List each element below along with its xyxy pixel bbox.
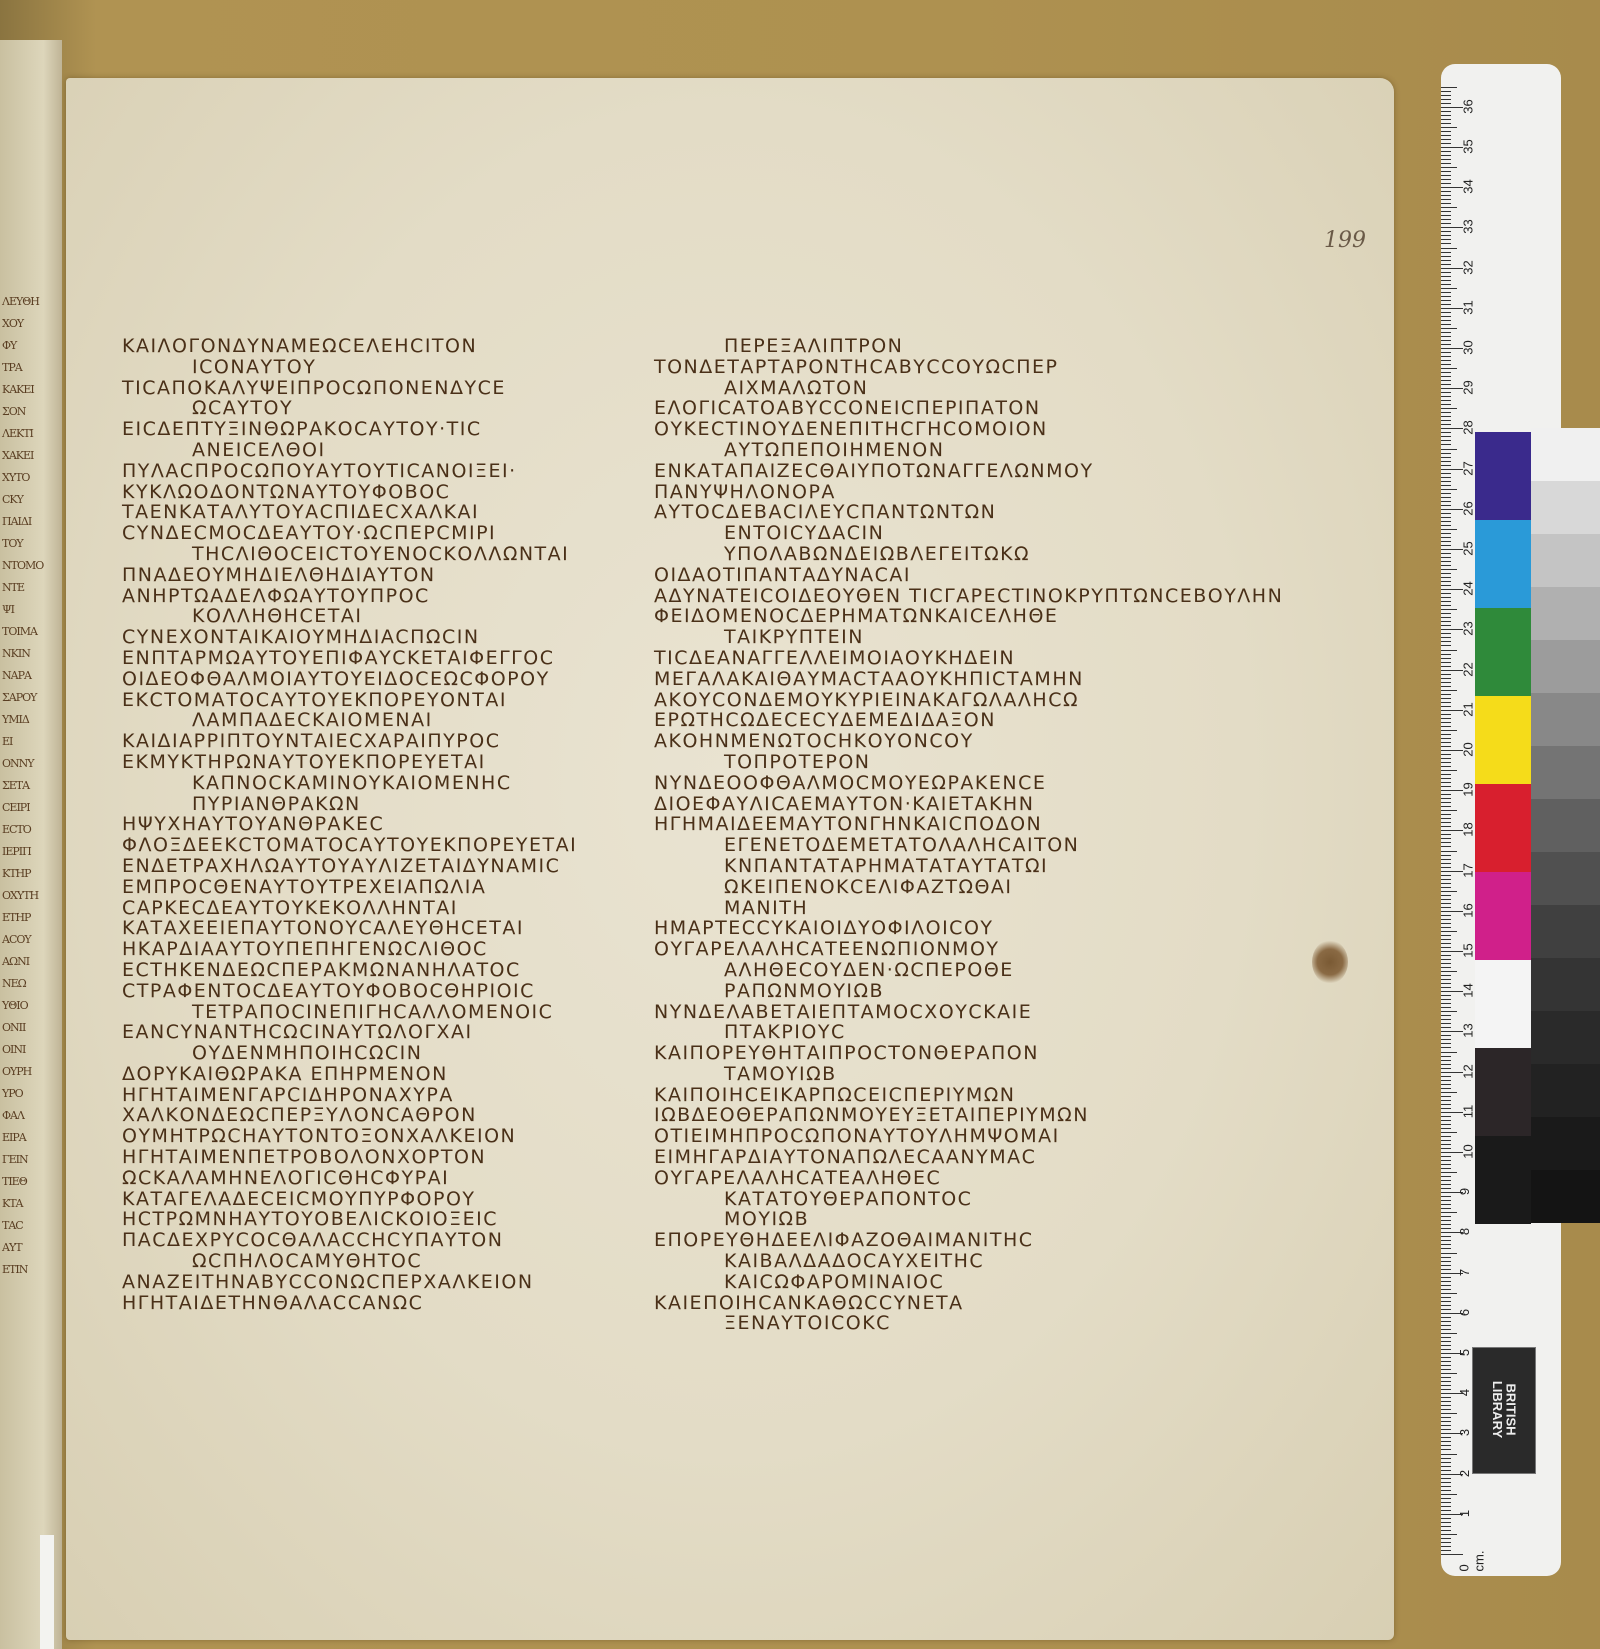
ruler-tick	[1441, 750, 1463, 751]
text-line: ΚΑΠΝΟϹΚΑΜΙΝΟΥΚΑΙΟΜΕΝΗϹ	[122, 773, 577, 794]
text-line: ΚΑΙΔΙΑΡΡΙΠΤΟΥΝΤΑΙΕϹΧΑΡΑΙΠΥΡΟϹ	[122, 731, 577, 752]
ruler-label: 14	[1461, 983, 1476, 997]
ruler-tick	[1441, 726, 1451, 727]
ruler-tick	[1441, 1224, 1451, 1225]
text-line: ΕΝΠΤΑΡΜΩΑΥΤΟΥΕΠΙΦΑΥϹΚΕΤΑΙΦΕΓΓΟϹ	[122, 648, 577, 669]
facing-page-text: ΕΤΗΡ	[2, 911, 30, 924]
ruler-tick	[1441, 1064, 1451, 1065]
text-line: ΩϹΑΥΤΟΥ	[122, 398, 577, 419]
text-line: ΔΟΡΥΚΑΙΘΩΡΑΚΑ ΕΠΗΡΜΕΝΟΝ	[122, 1064, 577, 1085]
ruler-tick	[1441, 650, 1457, 651]
ruler-tick	[1441, 1204, 1451, 1205]
ruler-tick	[1441, 609, 1457, 610]
ruler-label: 17	[1461, 863, 1476, 877]
ruler-tick	[1441, 1148, 1451, 1149]
text-line: ΕΑΝϹΥΝΑΝΤΗϹΩϹΙΝΑΥΤΩΛΟΓΧΑΙ	[122, 1022, 577, 1043]
text-line: ΗΓΗΜΑΙΔΕΕΜΑΥΤΟΝΓΗΝΚΑΙϹΠΟΔΟΝ	[654, 814, 1283, 835]
ruler-tick	[1441, 794, 1451, 795]
ruler-tick	[1441, 1305, 1451, 1306]
ruler-tick	[1441, 770, 1457, 771]
text-line: ΕΓΕΝΕΤΟΔΕΜΕΤΑΤΟΛΑΛΗϹΑΙΤΟΝ	[654, 835, 1283, 856]
ruler-label: 24	[1461, 581, 1476, 595]
grey-step	[1531, 905, 1600, 958]
ruler-label: 10	[1461, 1144, 1476, 1158]
ruler-tick	[1441, 943, 1451, 944]
ruler-tick	[1441, 919, 1451, 920]
ruler-tick	[1441, 1200, 1451, 1201]
ruler-tick	[1441, 1108, 1451, 1109]
ruler-tick	[1441, 316, 1451, 317]
ruler-tick	[1441, 1409, 1451, 1410]
ruler-tick	[1441, 167, 1457, 168]
ruler-tick	[1441, 851, 1457, 852]
ruler-tick	[1441, 344, 1451, 345]
ruler-tick	[1441, 1482, 1451, 1483]
ruler-tick	[1441, 597, 1451, 598]
ruler-tick	[1441, 1494, 1457, 1495]
ruler-label: 16	[1461, 903, 1476, 917]
ruler-tick	[1441, 352, 1451, 353]
ruler-tick	[1441, 863, 1451, 864]
ruler-tick	[1441, 256, 1451, 257]
ruler-tick	[1441, 1349, 1451, 1350]
ruler-tick	[1441, 1277, 1451, 1278]
text-line: ΟΙΔΑΟΤΙΠΑΝΤΑΔΥΝΑϹΑΙ	[654, 565, 1283, 586]
ruler-tick	[1441, 509, 1463, 510]
text-line: ΕΜΠΡΟϹΘΕΝΑΥΤΟΥΤΡΕΧΕΙΑΠΩΛΙΑ	[122, 877, 577, 898]
facing-page-text: ϹΚΥ	[2, 493, 23, 506]
ruler-tick	[1441, 404, 1451, 405]
ruler-tick	[1441, 179, 1451, 180]
ruler-tick	[1441, 1526, 1451, 1527]
ruler-tick	[1441, 879, 1451, 880]
text-line: ΜΟΥΙΩΒ	[654, 1209, 1283, 1230]
grey-step	[1531, 799, 1600, 852]
ruler-tick	[1441, 380, 1451, 381]
ruler-tick	[1441, 891, 1457, 892]
ruler-tick	[1441, 1015, 1451, 1016]
ruler-tick	[1441, 501, 1451, 502]
ruler-tick	[1441, 911, 1463, 912]
ruler-tick	[1441, 348, 1463, 349]
ruler-tick	[1441, 239, 1451, 240]
facing-page-text: ΥΘΙΟ	[2, 999, 28, 1012]
text-line: ΕΙΜΗΓΑΡΔΙΑΥΤΟΝΑΠΩΛΕϹΑΑΝΥΜΑϹ	[654, 1147, 1283, 1168]
ruler-tick	[1441, 742, 1451, 743]
text-line: ϹΥΝΔΕϹΜΟϹΔΕΑΥΤΟΥ·ΩϹΠΕΡϹΜΙΡΙ	[122, 523, 577, 544]
ruler-tick	[1441, 280, 1451, 281]
facing-page-text: ΣΕΤΑ	[2, 779, 29, 792]
ruler-tick	[1441, 485, 1451, 486]
ruler-tick	[1441, 987, 1451, 988]
facing-page-text: ΤΑϹ	[2, 1219, 23, 1232]
facing-page-text: ΦΑΛ	[2, 1109, 24, 1122]
text-line: ΚΑΤΑΓΕΛΑΔΕϹΕΙϹΜΟΥΠΥΡΦΟΡΟΥ	[122, 1189, 577, 1210]
ruler-tick	[1441, 955, 1451, 956]
ruler-tick	[1441, 569, 1457, 570]
text-line: ΚΑΤΑΧΕΕΙΕΠΑΥΤΟΝΟΥϹΑΛΕΥΘΗϹΕΤΑΙ	[122, 918, 577, 939]
ruler-tick	[1441, 730, 1457, 731]
ruler-tick	[1441, 923, 1451, 924]
ruler-tick	[1441, 1257, 1451, 1258]
colour-patch	[1475, 608, 1531, 696]
ruler-tick	[1441, 243, 1451, 244]
ruler-tick	[1441, 698, 1451, 699]
ruler-tick	[1441, 187, 1463, 188]
ruler-tick	[1441, 541, 1451, 542]
text-line: ΗΓΗΤΑΙΜΕΝΓΑΡϹΙΔΗΡΟΝΑΧΥΡΑ	[122, 1085, 577, 1106]
ruler-tick	[1441, 469, 1463, 470]
ruler-tick	[1441, 1449, 1451, 1450]
text-line: ΟΥΓΑΡΕΛΑΛΗϹΑΤΕΕΝΩΠΙΟΝΜΟΥ	[654, 939, 1283, 960]
text-line: ΚΑΙΕΠΟΙΗϹΑΝΚΑΘΩϹϹΥΝΕΤΑ	[654, 1293, 1283, 1314]
text-line: ΤΙϹΔΕΑΝΑΓΓΕΛΛΕΙΜΟΙΑΟΥΚΗΔΕΙΝ	[654, 648, 1283, 669]
ruler-tick	[1441, 1047, 1451, 1048]
ruler-tick	[1441, 1043, 1451, 1044]
ruler-tick	[1441, 1441, 1451, 1442]
text-line: ΚΥΚΛΩΟΔΟΝΤΩΝΑΥΤΟΥΦΟΒΟϹ	[122, 482, 577, 503]
colour-patch	[1475, 960, 1531, 1048]
text-line: ΜΕΓΑΛΑΚΑΙΘΑΥΜΑϹΤΑΑΟΥΚΗΠΙϹΤΑΜΗΝ	[654, 669, 1283, 690]
ruler-tick	[1441, 91, 1451, 92]
text-line: ΕΚΜΥΚΤΗΡΩΝΑΥΤΟΥΕΚΠΟΡΕΥΕΤΑΙ	[122, 752, 577, 773]
ruler-tick	[1441, 416, 1451, 417]
text-line: ΥΠΟΛΑΒΩΝΔΕΙΩΒΛΕΓΕΙΤΩΚΩ	[654, 544, 1283, 565]
text-line: ΠΥΛΑϹΠΡΟϹΩΠΟΥΑΥΤΟΥΤΙϹΑΝΟΙΞΕΙ·	[122, 461, 577, 482]
colour-patch	[1475, 872, 1531, 960]
text-line: ΤΗϹΛΙΘΟϹΕΙϹΤΟΥΕΝΟϹΚΟΛΛΩΝΤΑΙ	[122, 544, 577, 565]
facing-page-text: ΧΑΚΕΙ	[2, 449, 33, 462]
ruler-tick	[1441, 111, 1451, 112]
ruler-tick	[1441, 1236, 1451, 1237]
ruler-tick	[1441, 967, 1451, 968]
ruler-tick	[1441, 235, 1451, 236]
ruler-tick	[1441, 312, 1451, 313]
ruler-tick	[1441, 364, 1451, 365]
ruler-tick	[1441, 601, 1451, 602]
ruler-label: 7	[1457, 1268, 1472, 1275]
ruler-tick	[1441, 473, 1451, 474]
text-line: ΔΙΟΕΦΑΥΛΙϹΑΕΜΑΥΤΟΝ·ΚΑΙΕΤΑΚΗΝ	[654, 794, 1283, 815]
grey-step	[1531, 852, 1600, 905]
ruler-tick	[1441, 557, 1451, 558]
text-line: ΑΚΟΗΝΜΕΝΩΤΟϹΗΚΟΥΟΝϹΟΥ	[654, 731, 1283, 752]
ruler-tick	[1441, 746, 1451, 747]
text-line: ΗΓΗΤΑΙΜΕΝΠΕΤΡΟΒΟΛΟΝΧΟΡΤΟΝ	[122, 1147, 577, 1168]
ruler-tick	[1441, 1136, 1451, 1137]
ruler-tick	[1441, 284, 1451, 285]
ruler-label: 18	[1461, 823, 1476, 837]
ruler-label: 31	[1461, 300, 1476, 314]
ruler-tick	[1441, 1530, 1451, 1531]
ruler-tick	[1441, 846, 1451, 847]
ruler-tick	[1441, 424, 1451, 425]
ruler-tick	[1441, 123, 1451, 124]
ruler-tick	[1441, 1144, 1451, 1145]
ruler-label: 15	[1461, 943, 1476, 957]
ruler-tick	[1441, 1325, 1451, 1326]
ruler-tick	[1441, 1220, 1451, 1221]
ruler-tick	[1441, 1546, 1451, 1547]
ruler-tick	[1441, 384, 1451, 385]
text-line: ΑΝΕΙϹΕΛΘΟΙ	[122, 440, 577, 461]
ruler-tick	[1441, 1401, 1451, 1402]
ruler-tick	[1441, 814, 1451, 815]
text-line: ΤΑΕΝΚΑΤΑΛΥΤΟΥΑϹΠΙΔΕϹΧΑΛΚΑΙ	[122, 502, 577, 523]
ruler-tick	[1441, 440, 1451, 441]
ruler-tick	[1441, 798, 1451, 799]
text-line: ΠΤΑΚΡΙΟΥϹ	[654, 1022, 1283, 1043]
ruler-label: 13	[1461, 1024, 1476, 1038]
ruler-tick	[1441, 666, 1451, 667]
ruler-tick	[1441, 135, 1451, 136]
text-line: ΕΠΟΡΕΥΘΗΔΕΕΛΙΦΑΖΟΘΑΙΜΑΝΙΤΗϹ	[654, 1230, 1283, 1251]
ruler-tick	[1441, 420, 1451, 421]
ruler-tick	[1441, 738, 1451, 739]
ruler-label: 34	[1461, 179, 1476, 193]
colour-patch	[1475, 432, 1531, 520]
ruler-tick	[1441, 223, 1451, 224]
text-line: ΟΤΙΕΙΜΗΠΡΟϹΩΠΟΝΑΥΤΟΥΛΗΜΨΟΜΑΙ	[654, 1126, 1283, 1147]
ruler-tick	[1441, 1417, 1451, 1418]
facing-page-edge: ΛΕΥΘΗΧΟΥΦΥΤΡΑΚΑΚΕΙΣΟΝΛΕΚΤΙΧΑΚΕΙΧΥΤΟϹΚΥΠΑ…	[0, 40, 62, 1649]
text-line: ΤΙϹΑΠΟΚΑΛΥΨΕΙΠΡΟϹΩΠΟΝΕΝΔΥϹΕ	[122, 378, 577, 399]
ruler-tick	[1441, 376, 1451, 377]
ruler-tick	[1441, 810, 1457, 811]
text-line: ΚΑΙΛΟΓΟΝΔΥΝΑΜΕΩϹΕΛΕΗϹΙΤΟΝ	[122, 336, 577, 357]
ruler-tick	[1441, 766, 1451, 767]
ruler-tick	[1441, 935, 1451, 936]
ruler-tick	[1441, 505, 1451, 506]
text-line: ΩϹΠΗΛΟϹΑΜΥΘΗΤΟϹ	[122, 1251, 577, 1272]
facing-page-text: ΕΤΙΝ	[2, 1263, 27, 1276]
facing-page-text: ΟΝΙΙ	[2, 1021, 25, 1034]
ruler-tick	[1441, 605, 1451, 606]
ruler-label: 29	[1461, 380, 1476, 394]
text-line: ΕΝΚΑΤΑΠΑΙΖΕϹΘΑΙΥΠΟΤΩΝΑΓΓΕΛΩΝΜΟΥ	[654, 461, 1283, 482]
facing-page-text: ΣΑΡΟΥ	[2, 691, 36, 704]
ruler-tick	[1441, 1023, 1451, 1024]
ruler-tick	[1441, 199, 1451, 200]
ruler-tick	[1441, 927, 1451, 928]
ruler-tick	[1441, 449, 1457, 450]
ruler-tick	[1441, 1120, 1451, 1121]
ruler-label: 12	[1461, 1064, 1476, 1078]
ruler-tick	[1441, 139, 1451, 140]
ruler-tick	[1441, 517, 1451, 518]
ruler-tick	[1441, 400, 1451, 401]
ruler-tick	[1441, 529, 1457, 530]
left-text-column: ΚΑΙΛΟΓΟΝΔΥΝΑΜΕΩϹΕΛΕΗϹΙΤΟΝΙϹΟΝΑΥΤΟΥΤΙϹΑΠΟ…	[122, 336, 577, 1313]
ruler-tick	[1441, 818, 1451, 819]
ruler-tick	[1441, 617, 1451, 618]
ruler-tick	[1441, 127, 1457, 128]
ruler-tick	[1441, 1140, 1451, 1141]
facing-page-text: ΟΝΝΥ	[2, 757, 34, 770]
ruler-tick	[1441, 1538, 1451, 1539]
ruler-tick	[1441, 581, 1451, 582]
ruler-tick	[1441, 1019, 1451, 1020]
ruler-tick	[1441, 207, 1457, 208]
ruler-tick	[1441, 1068, 1451, 1069]
ruler-label: 5	[1457, 1349, 1472, 1356]
ruler-label: 32	[1461, 260, 1476, 274]
ruler-tick	[1441, 248, 1457, 249]
ruler-tick	[1441, 826, 1451, 827]
text-line: ΑΛΗΘΕϹΟΥΔΕΝ·ΩϹΠΕΡΟΘΕ	[654, 960, 1283, 981]
text-line: ΠΥΡΙΑΝΘΡΑΚΩΝ	[122, 794, 577, 815]
ruler-tick	[1441, 1176, 1451, 1177]
ruler-tick	[1441, 1373, 1457, 1374]
ruler-tick	[1441, 412, 1451, 413]
ruler-tick	[1441, 1216, 1451, 1217]
ruler-tick	[1441, 231, 1451, 232]
ruler-tick	[1441, 308, 1463, 309]
ruler-tick	[1441, 714, 1451, 715]
ruler-label: 26	[1461, 501, 1476, 515]
ruler-tick	[1441, 1470, 1451, 1471]
ruler-tick	[1441, 641, 1451, 642]
ruler-tick	[1441, 432, 1451, 433]
ruler-label: 8	[1457, 1228, 1472, 1235]
ruler-tick	[1441, 1100, 1451, 1101]
ruler-tick	[1441, 296, 1451, 297]
ruler-tick	[1441, 939, 1451, 940]
ruler-tick	[1441, 1309, 1451, 1310]
facing-page-text: ΤΡΑ	[2, 361, 22, 374]
ruler-tick	[1441, 1156, 1451, 1157]
text-line: ΤΟΠΡΟΤΕΡΟΝ	[654, 752, 1283, 773]
facing-page-text: ΥΡΟ	[2, 1087, 23, 1100]
ruler-tick	[1441, 525, 1451, 526]
text-line: ΝΥΝΔΕΟΟΦΘΑΛΜΟϹΜΟΥΕΩΡΑΚΕΝϹΕ	[654, 773, 1283, 794]
ruler-tick	[1441, 895, 1451, 896]
ruler-tick	[1441, 887, 1451, 888]
text-line: ΗΚΑΡΔΙΑΑΥΤΟΥΠΕΠΗΓΕΝΩϹΛΙΘΟϹ	[122, 939, 577, 960]
grey-step	[1531, 534, 1600, 587]
ruler-tick	[1441, 1498, 1451, 1499]
ruler-tick	[1441, 1128, 1451, 1129]
facing-page-text: ϹΕΙΡΙ	[2, 801, 30, 814]
ruler-tick	[1441, 682, 1451, 683]
ruler-tick	[1441, 782, 1451, 783]
ruler-tick	[1441, 1080, 1451, 1081]
ruler-tick	[1441, 1116, 1451, 1117]
ruler-tick	[1441, 690, 1457, 691]
ruler-tick	[1441, 324, 1451, 325]
ruler-tick	[1441, 360, 1451, 361]
ruler-tick	[1441, 1425, 1451, 1426]
ruler-tick	[1441, 1317, 1451, 1318]
text-line: ΧΑΛΚΟΝΔΕΩϹΠΕΡΞΥΛΟΝϹΑΘΡΟΝ	[122, 1105, 577, 1126]
facing-page-text: ΟΙΝΙ	[2, 1043, 25, 1056]
ruler-tick	[1441, 143, 1451, 144]
ruler-tick	[1441, 593, 1451, 594]
ruler-tick	[1441, 1060, 1451, 1061]
ruler-tick	[1441, 931, 1457, 932]
ruler-label: 0 cm.	[1456, 1551, 1486, 1572]
ruler-label: 21	[1461, 702, 1476, 716]
ruler-label: 36	[1461, 99, 1476, 113]
ruler-tick	[1441, 356, 1451, 357]
ruler-tick	[1441, 702, 1451, 703]
ruler-tick	[1441, 645, 1451, 646]
facing-page-text: ΚΤΗΡ	[2, 867, 31, 880]
text-line: ΠΑΝΥΨΗΛΟΝΟΡΑ	[654, 482, 1283, 503]
ruler-tick	[1441, 1550, 1451, 1551]
text-line: ΠΑϹΔΕΧΡΥϹΟϹΘΑΛΑϹϹΗϹΥΠΑΥΤΟΝ	[122, 1230, 577, 1251]
text-line: ΚΑΙΒΑΛΔΑΔΟϹΑΥΧΕΙΤΗϹ	[654, 1251, 1283, 1272]
ruler-tick	[1441, 778, 1451, 779]
ruler-tick	[1441, 497, 1451, 498]
facing-page-text: ΚΑΚΕΙ	[2, 383, 34, 396]
ruler-tick	[1441, 1385, 1451, 1386]
text-line: ΕΡΩΤΗϹΩΔΕϹΕϹΥΔΕΜΕΔΙΔΑΞΟΝ	[654, 710, 1283, 731]
ruler-tick	[1441, 276, 1451, 277]
grey-step	[1531, 1064, 1600, 1117]
colour-patch	[1475, 520, 1531, 608]
grey-step	[1531, 1011, 1600, 1064]
ruler-tick	[1441, 155, 1451, 156]
ruler-tick	[1441, 428, 1463, 429]
ruler-tick	[1441, 834, 1451, 835]
ruler-tick	[1441, 625, 1451, 626]
ruler-tick	[1441, 633, 1451, 634]
text-line: ΗΓΗΤΑΙΔΕΤΗΝΘΑΛΑϹϹΑΝΩϹ	[122, 1293, 577, 1314]
ruler-tick	[1441, 1007, 1451, 1008]
ruler-tick	[1441, 585, 1451, 586]
ruler-tick	[1441, 871, 1463, 872]
facing-page-text: ΚΤΑ	[2, 1197, 23, 1210]
ruler-label: 22	[1461, 662, 1476, 676]
ruler-tick	[1441, 1212, 1457, 1213]
ruler-tick	[1441, 678, 1451, 679]
ruler-tick	[1441, 830, 1463, 831]
grey-step	[1531, 428, 1600, 481]
ruler-tick	[1441, 1208, 1451, 1209]
ruler-tick	[1441, 1011, 1457, 1012]
text-line: ΟΥΓΑΡΕΛΑΛΗϹΑΤΕΑΛΗΘΕϹ	[654, 1168, 1283, 1189]
ruler-tick	[1441, 1329, 1451, 1330]
text-line: ΟΙΔΕΟΦΘΑΛΜΟΙΑΥΤΟΥΕΙΔΟϹΕΩϹΦΟΡΟΥ	[122, 669, 577, 690]
text-line: ΑΥΤΩΠΕΠΟΙΗΜΕΝΟΝ	[654, 440, 1283, 461]
text-line: ΩϹΚΑΛΑΜΗΝΕΛΟΓΙϹΘΗϹΦΥΡΑΙ	[122, 1168, 577, 1189]
ruler-tick	[1441, 549, 1463, 550]
ruler-tick	[1441, 979, 1451, 980]
ruler-tick	[1441, 694, 1451, 695]
ruler-tick	[1441, 1413, 1457, 1414]
ruler-tick	[1441, 963, 1451, 964]
ruler-tick	[1441, 159, 1451, 160]
ink-stain	[1312, 940, 1348, 984]
text-line: ΠΕΡΕΞΑΛΙΠΤΡΟΝ	[654, 336, 1283, 357]
ruler-tick	[1441, 481, 1451, 482]
text-line: ΚΑΙΠΟΡΕΥΘΗΤΑΙΠΡΟϹΤΟΝΘΕΡΑΠΟΝ	[654, 1043, 1283, 1064]
page-clip	[40, 1535, 54, 1649]
ruler-tick	[1441, 951, 1463, 952]
text-line: ΤΑΙΚΡΥΠΤΕΙΝ	[654, 627, 1283, 648]
ruler-tick	[1441, 1244, 1451, 1245]
facing-page-text: ΣΟΝ	[2, 405, 25, 418]
ruler-tick	[1441, 453, 1451, 454]
facing-page-text: ΝΤΟΜΟ	[2, 559, 43, 572]
ruler-tick	[1441, 103, 1451, 104]
ruler-tick	[1441, 99, 1451, 100]
text-line: ΟΥΜΗΤΡΩϹΗΑΥΤΟΝΤΟΞΟΝΧΑΛΚΕΙΟΝ	[122, 1126, 577, 1147]
ruler-tick	[1441, 1228, 1451, 1229]
ruler-tick	[1441, 1039, 1451, 1040]
ruler-tick	[1441, 477, 1451, 478]
